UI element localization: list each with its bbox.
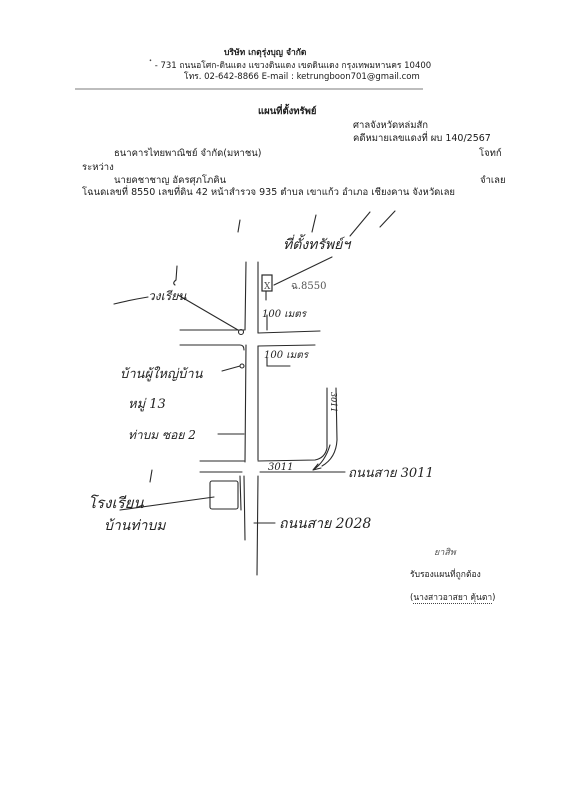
signer-name: นางสาวอาสยา คุ้นตา [413,593,492,604]
soi-label: ท่าบม ซอย 2 [128,428,196,442]
road-3011-label: ถนนสาย 3011 [348,466,434,481]
signer-close-paren: ) [492,593,495,603]
headman-house-marker [240,364,244,368]
distance-label-2: 100 เมตร [264,350,310,361]
village-number-label: หมู่ 13 [128,397,166,412]
signature-scribble: ยาสิพ [434,545,456,559]
deed-number-label: ฉ.8550 [291,281,326,292]
school-label-line2: บ้านท่าบม [104,518,166,534]
road-3011-short-label: 3011 [268,462,293,473]
main-road-right-edge [257,262,258,575]
school-label-line1: โรงเรียน [88,494,144,512]
signer-line: (นางสาวอาสยา คุ้นตา) [410,590,495,604]
road-3011-upper-edge [200,388,327,461]
temple-pointer [178,295,238,330]
certification-text: รับรองแผนที่ถูกต้อง [410,567,481,581]
headman-house-label: บ้านผู้ใหญ่บ้าน [120,366,204,382]
temple-label: วงเรียน [148,289,187,303]
property-location-map: ที่ตั้งทรัพย์ฯ X ฉ.8550 100 เมตร 100 เมต… [0,0,564,800]
school-building [210,481,238,509]
road-2028-label: ถนนสาย 2028 [279,516,371,532]
road-3011-vertical-label: 3011 [329,392,338,412]
distance-label-1: 100 เมตร [262,309,308,320]
property-x-marker: X [264,282,271,292]
property-location-label: ที่ตั้งทรัพย์ฯ [283,234,351,253]
main-road-left-edge [244,262,246,540]
